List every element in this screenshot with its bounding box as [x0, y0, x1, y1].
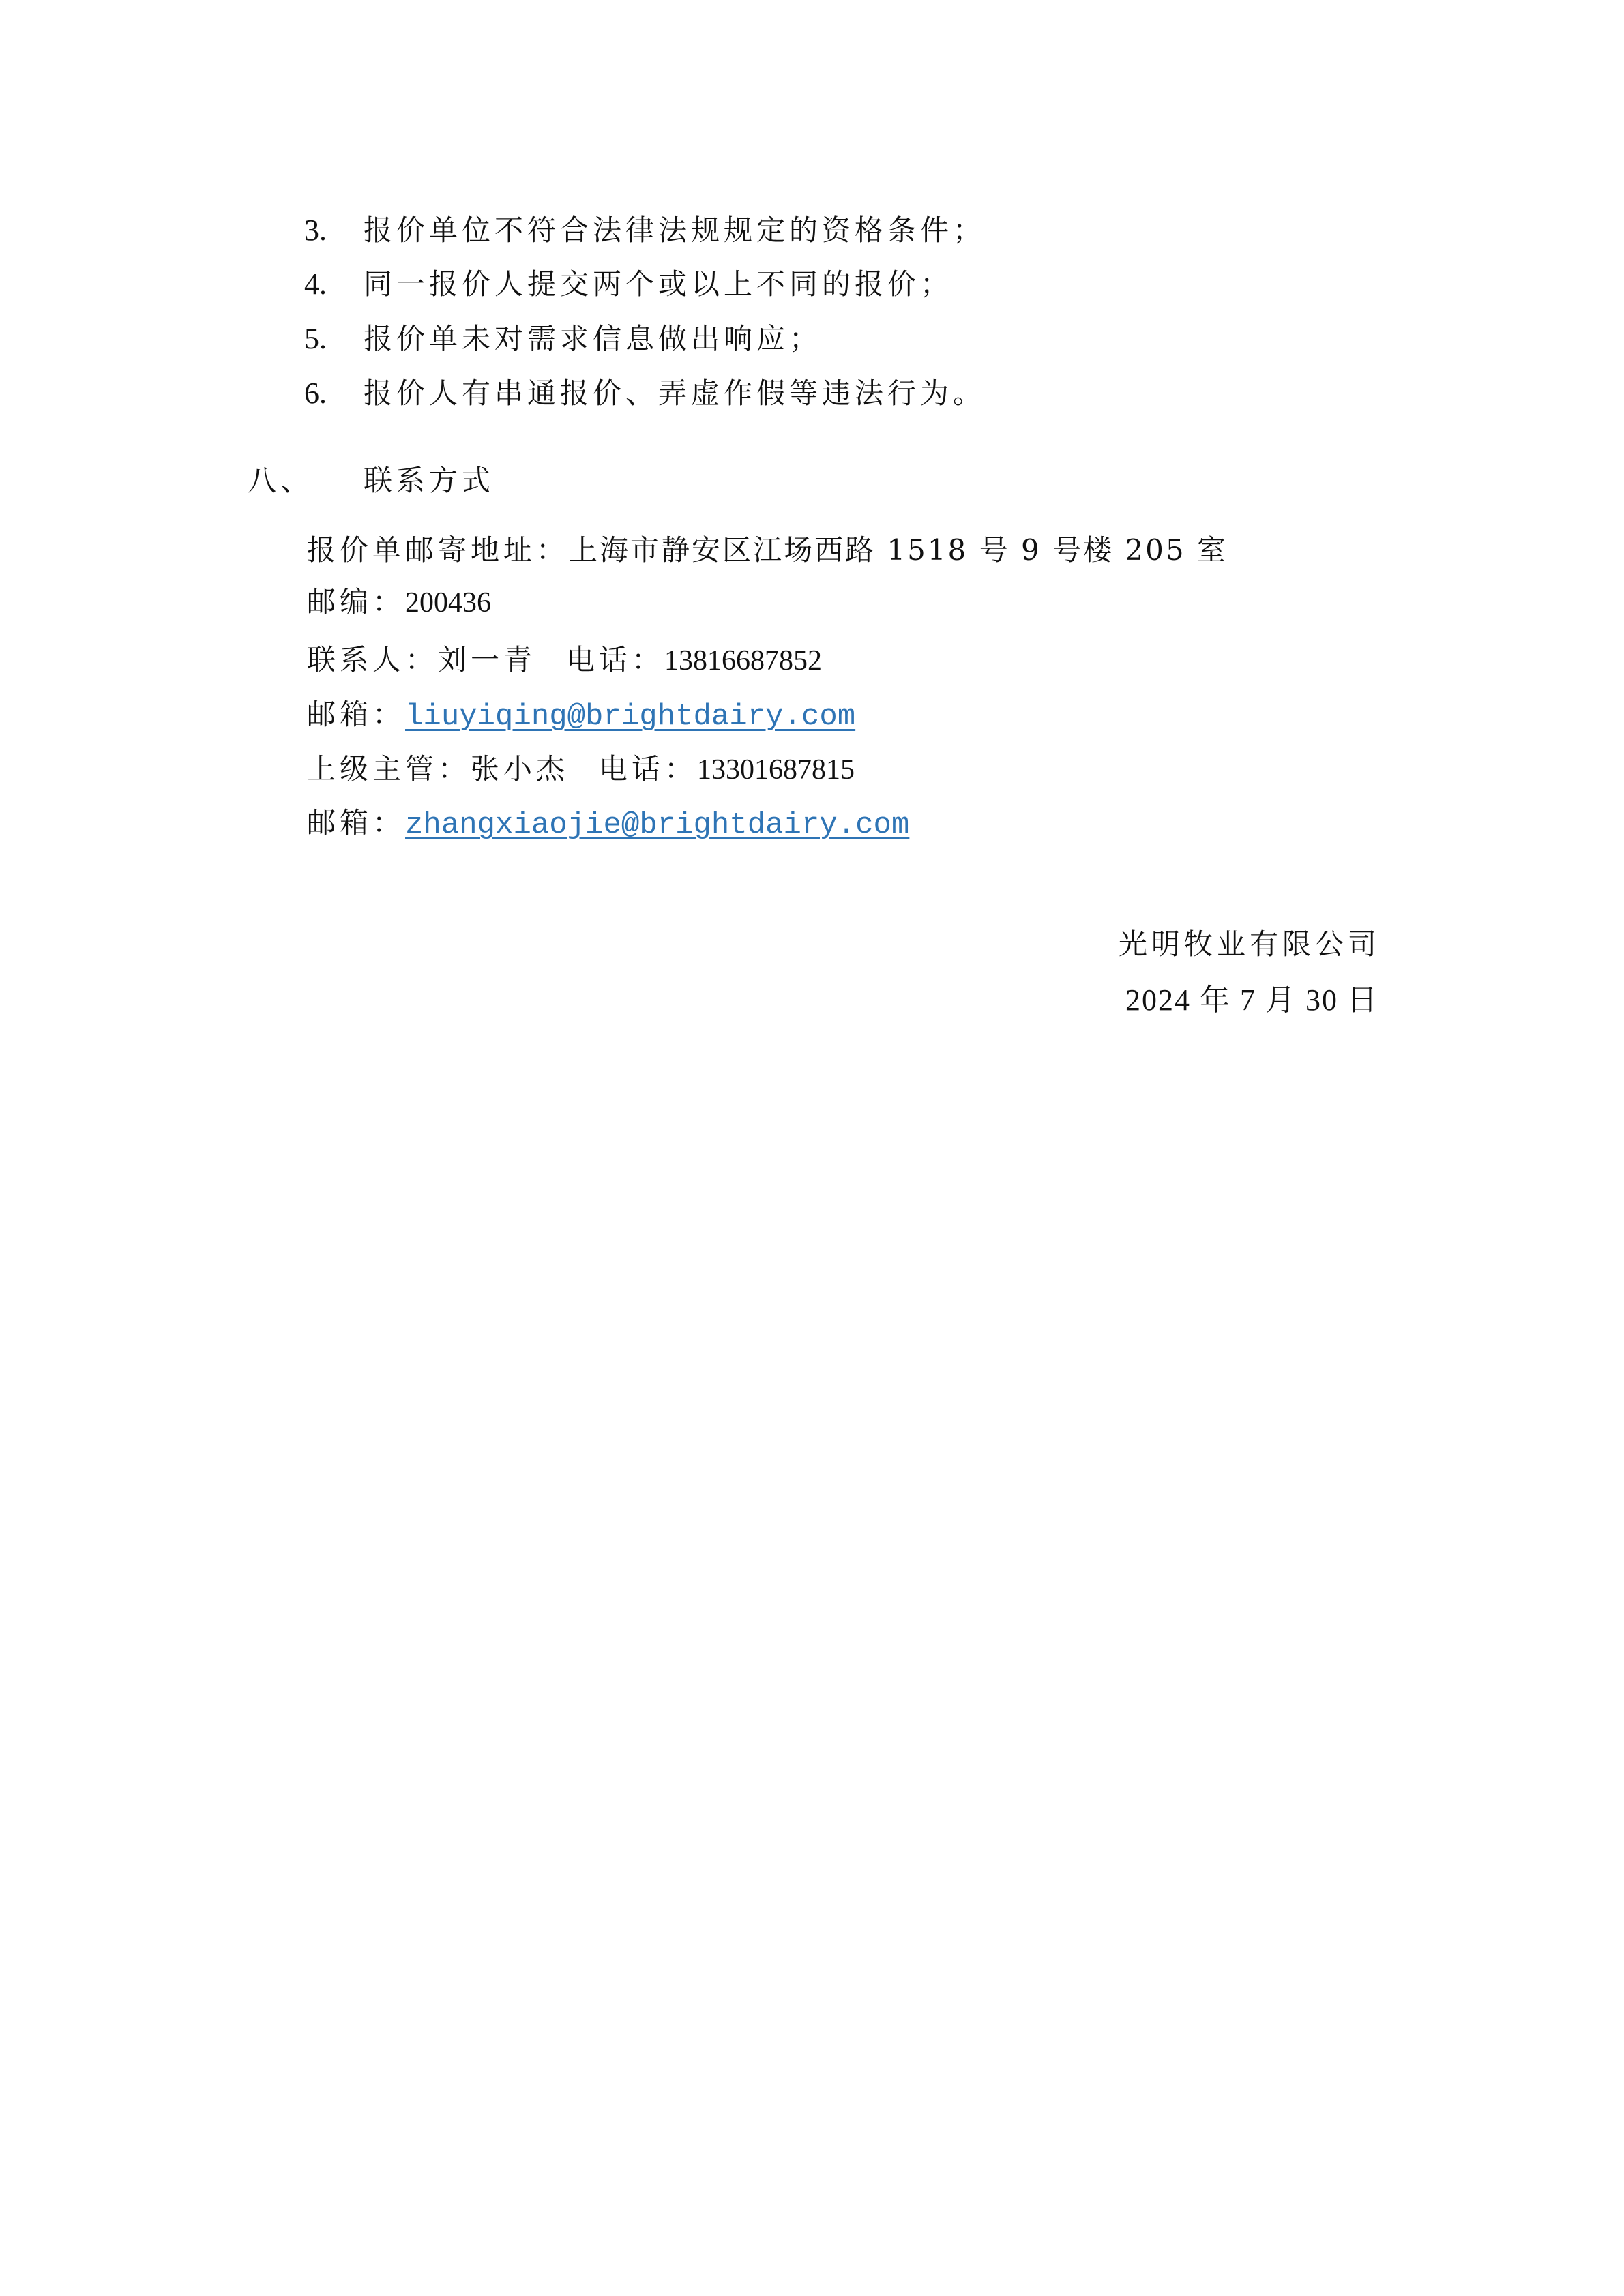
contact-email-line: 邮箱：liuyiqing@brightdairy.com [307, 694, 855, 737]
list-text: 报价单位不符合法律法规规定的资格条件； [364, 210, 986, 251]
list-text: 报价人有串通报价、弄虚作假等违法行为。 [364, 373, 986, 414]
supervisor-phone-label: 电话： [599, 752, 697, 786]
list-text: 报价单未对需求信息做出响应； [364, 318, 822, 359]
supervisor-name: 张小杰 [471, 752, 569, 786]
contact-phone: 13816687852 [664, 645, 822, 676]
signature-date: 2024 年 7 月 30 日 [1125, 980, 1378, 1021]
list-number: 4. [304, 264, 327, 305]
list-number: 6. [304, 373, 327, 414]
supervisor-email-link[interactable]: zhangxiaojie@brightdairy.com [405, 808, 909, 842]
list-text: 同一报价人提交两个或以上不同的报价； [364, 264, 953, 305]
address-value: 上海市静安区江场西路 1518 号 9 号楼 205 室 [569, 533, 1228, 567]
company-name: 光明牧业有限公司 [1119, 924, 1381, 965]
postcode-label: 邮编： [307, 585, 405, 618]
list-number: 3. [304, 210, 327, 251]
supervisor-line: 上级主管：张小杰电话：13301687815 [307, 749, 855, 790]
postcode-line: 邮编：200436 [307, 582, 491, 623]
supervisor-email-label: 邮箱： [307, 806, 405, 839]
contact-name: 刘一青 [438, 643, 536, 676]
contact-person-line: 联系人：刘一青电话：13816687852 [307, 640, 822, 681]
supervisor-email-line: 邮箱：zhangxiaojie@brightdairy.com [307, 803, 909, 846]
address-label: 报价单邮寄地址： [307, 533, 569, 567]
contact-label: 联系人： [307, 643, 438, 676]
contact-email-label: 邮箱： [307, 698, 405, 731]
postcode-value: 200436 [405, 587, 491, 618]
contact-email-link[interactable]: liuyiqing@brightdairy.com [405, 700, 855, 734]
supervisor-label: 上级主管： [307, 752, 471, 786]
address-line: 报价单邮寄地址：上海市静安区江场西路 1518 号 9 号楼 205 室 [307, 530, 1228, 571]
supervisor-phone: 13301687815 [697, 754, 855, 786]
contact-phone-label: 电话： [566, 643, 664, 676]
list-number: 5. [304, 318, 327, 359]
section-title: 联系方式 [364, 460, 494, 501]
section-number: 八、 [248, 460, 313, 501]
